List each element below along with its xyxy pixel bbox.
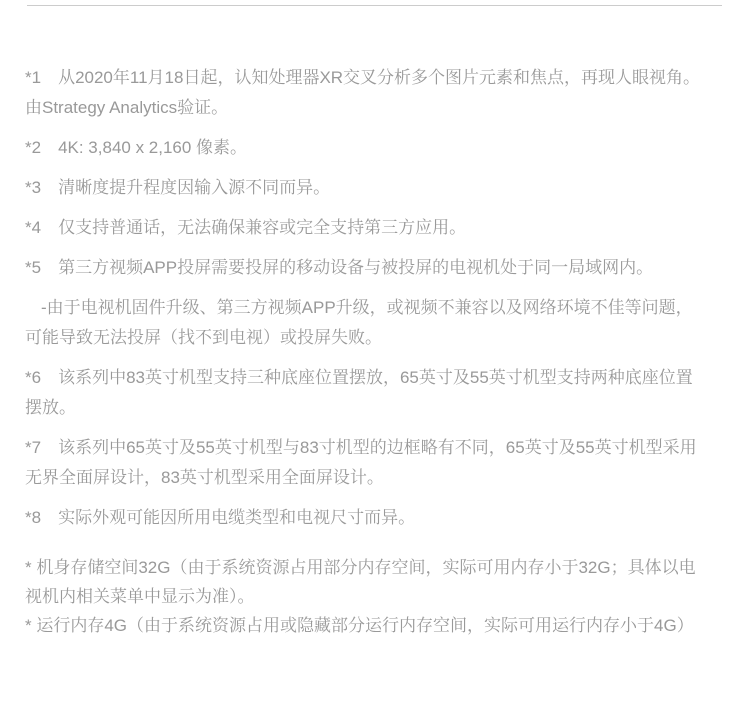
note-storage-line-1: * 机身存储空间32G（由于系统资源占用部分内存空间，实际可用内存小于32G；具… <box>25 553 742 582</box>
footnotes-section: *1 从2020年11月18日起，认知处理器XR交叉分析多个图片元素和焦点，再现… <box>0 5 750 640</box>
footnote-5-line-1: *5 第三方视频APP投屏需要投屏的移动设备与被投屏的电视机处于同一局域网内。 <box>25 253 742 283</box>
footnote-2: *2 4K: 3,840 x 2,160 像素。 <box>25 133 742 163</box>
footnote-1: *1 从2020年11月18日起，认知处理器XR交叉分析多个图片元素和焦点，再现… <box>25 63 742 123</box>
note-storage-line-2: 视机内相关菜单中显示为准）。 <box>25 582 742 611</box>
footnote-4: *4 仅支持普通话，无法确保兼容或完全支持第三方应用。 <box>25 213 742 243</box>
footnotes-content: *1 从2020年11月18日起，认知处理器XR交叉分析多个图片元素和焦点，再现… <box>0 63 750 640</box>
footnote-5-subnote-line-1: -由于电视机固件升级、第三方视频APP升级，或视频不兼容以及网络环境不佳等问题， <box>25 293 742 323</box>
note-ram: * 运行内存4G（由于系统资源占用或隐藏部分运行内存空间，实际可用运行内存小于4… <box>25 611 742 640</box>
section-divider <box>27 5 722 6</box>
footnote-8-line-1: *8 实际外观可能因所用电缆类型和电视尺寸而异。 <box>25 503 742 533</box>
footnote-2-line-1: *2 4K: 3,840 x 2,160 像素。 <box>25 133 742 163</box>
footnote-1-line-2: 由Strategy Analytics验证。 <box>25 93 742 123</box>
footnote-7-line-1: *7 该系列中65英寸及55英寸机型与83寸机型的边框略有不同，65英寸及55英… <box>25 433 742 463</box>
footnote-3: *3 清晰度提升程度因输入源不同而异。 <box>25 173 742 203</box>
footnote-6-line-1: *6 该系列中83英寸机型支持三种底座位置摆放，65英寸及55英寸机型支持两种底… <box>25 363 742 393</box>
footnote-5: *5 第三方视频APP投屏需要投屏的移动设备与被投屏的电视机处于同一局域网内。 <box>25 253 742 283</box>
footnote-1-line-1: *1 从2020年11月18日起，认知处理器XR交叉分析多个图片元素和焦点，再现… <box>25 63 742 93</box>
footnote-8: *8 实际外观可能因所用电缆类型和电视尺寸而异。 <box>25 503 742 533</box>
footnote-3-line-1: *3 清晰度提升程度因输入源不同而异。 <box>25 173 742 203</box>
footnote-6: *6 该系列中83英寸机型支持三种底座位置摆放，65英寸及55英寸机型支持两种底… <box>25 363 742 423</box>
note-ram-line-1: * 运行内存4G（由于系统资源占用或隐藏部分运行内存空间，实际可用运行内存小于4… <box>25 611 742 640</box>
footnote-4-line-1: *4 仅支持普通话，无法确保兼容或完全支持第三方应用。 <box>25 213 742 243</box>
footnote-5-subnote-line-2: 可能导致无法投屏（找不到电视）或投屏失败。 <box>25 323 742 353</box>
footnote-6-line-2: 摆放。 <box>25 393 742 423</box>
footnote-5-subnote: -由于电视机固件升级、第三方视频APP升级，或视频不兼容以及网络环境不佳等问题，… <box>25 293 742 353</box>
footnote-7-line-2: 无界全面屏设计，83英寸机型采用全面屏设计。 <box>25 463 742 493</box>
footnote-7: *7 该系列中65英寸及55英寸机型与83寸机型的边框略有不同，65英寸及55英… <box>25 433 742 493</box>
note-storage: * 机身存储空间32G（由于系统资源占用部分内存空间，实际可用内存小于32G；具… <box>25 553 742 611</box>
